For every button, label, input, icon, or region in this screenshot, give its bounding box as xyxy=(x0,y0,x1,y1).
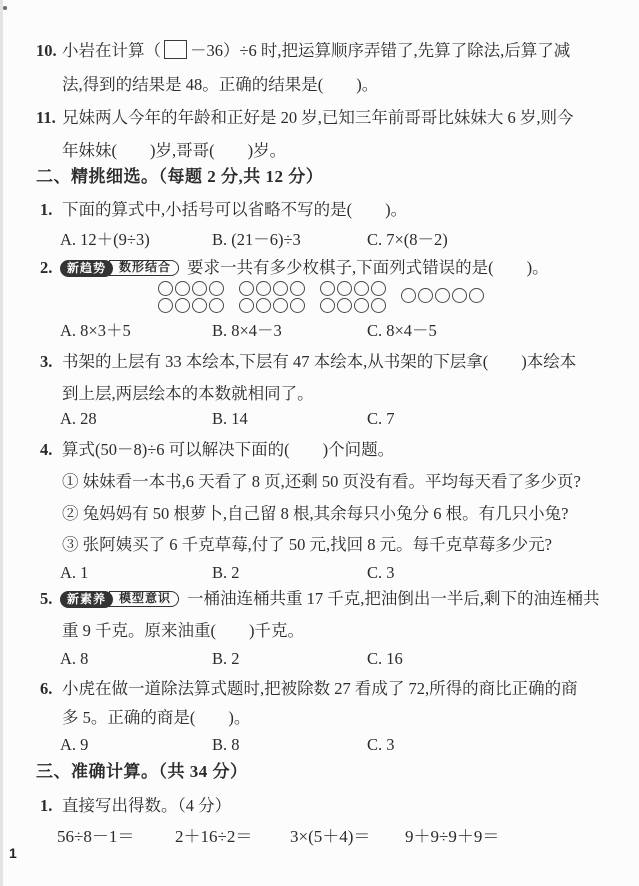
s2-q3-line2: 到上层,两层绘本的本数就相同了。 xyxy=(62,383,314,405)
counter-group xyxy=(320,281,386,313)
s2-q6-option-b: B. 8 xyxy=(212,734,367,756)
s2-q5-line2: 重 9 千克。原来油重( )千克。 xyxy=(62,620,304,642)
counter-circle xyxy=(256,298,271,313)
counter-circle xyxy=(354,298,369,313)
s2-q3-line1: 书架的上层有 33 本绘本,下层有 47 本绘本,从书架的下层拿( )本绘本 xyxy=(62,351,576,373)
expression-1: 56÷8－1＝ xyxy=(57,826,175,848)
counter-circle xyxy=(192,281,207,296)
s2-q4-option-a: A. 1 xyxy=(60,562,212,584)
scan-edge-artifact xyxy=(0,0,3,886)
counter-circle xyxy=(435,288,450,303)
q10-line2: 法,得到的结果是 48。正确的结果是( )。 xyxy=(62,74,378,96)
s2-q5-text: 一桶油连桶共重 17 千克,把油倒出一半后,剩下的油连桶共 xyxy=(187,588,600,610)
s2-q4-option-b: B. 2 xyxy=(212,562,367,584)
badge-new-trend: 新趋势 xyxy=(60,260,113,277)
counter-circle xyxy=(320,298,335,313)
s2-q3-option-b: B. 14 xyxy=(212,408,367,430)
s2-q3-options: A. 28 B. 14 C. 7 xyxy=(60,408,395,430)
q10-line1-pre: 小岩在计算（ xyxy=(62,41,161,60)
s2-q6-line1: 小虎在做一道除法算式题时,把被除数 27 看成了 72,所得的商比正确的商 xyxy=(62,678,578,700)
s2-q1-text: 下面的算式中,小括号可以省略不写的是( )。 xyxy=(62,199,407,221)
counter-circle xyxy=(290,281,305,296)
s2-q6-option-a: A. 9 xyxy=(60,734,212,756)
counter-circle xyxy=(469,288,484,303)
counter-circle xyxy=(192,298,207,313)
s2-q5-line1: 新素养模型意识一桶油连桶共重 17 千克,把油倒出一半后,剩下的油连桶共 xyxy=(60,588,600,610)
page-number: 1 xyxy=(9,845,17,861)
expression-4: 9＋9÷9＋9＝ xyxy=(405,826,499,848)
s2-q6-line2: 多 5。正确的商是( )。 xyxy=(62,707,250,729)
s2-q2-options: A. 8×3＋5 B. 8×4－3 C. 8×4－5 xyxy=(60,320,437,342)
s2-q2-option-c: C. 8×4－5 xyxy=(367,320,437,342)
counter-circle xyxy=(175,298,190,313)
counter-group xyxy=(239,281,305,313)
s2-q3-number: 3. xyxy=(40,351,52,373)
unknown-number-box xyxy=(164,40,187,59)
counter-circle xyxy=(256,281,271,296)
counter-circle xyxy=(209,281,224,296)
counter-circle xyxy=(239,281,254,296)
s2-q6-number: 6. xyxy=(40,678,52,700)
badge-number-shape-combination: 数形结合 xyxy=(109,260,179,276)
s2-q5-option-b: B. 2 xyxy=(212,648,367,670)
counter-circle xyxy=(158,281,173,296)
s3-q1-text: 直接写出得数。（4 分） xyxy=(62,795,231,817)
s2-q5-option-a: A. 8 xyxy=(60,648,212,670)
s2-q1-number: 1. xyxy=(40,199,52,221)
q11-line1: 兄妹两人今年的年龄和正好是 20 岁,已知三年前哥哥比妹妹大 6 岁,则今 xyxy=(62,107,574,129)
s2-q6-options: A. 9 B. 8 C. 3 xyxy=(60,734,395,756)
section3-title: 三、准确计算。（共 34 分） xyxy=(36,761,248,783)
counter-circle xyxy=(273,281,288,296)
counter-circle xyxy=(401,288,416,303)
s3-q1-number: 1. xyxy=(40,795,52,817)
s2-q4-subitem-3: ③ 张阿姨买了 6 千克草莓,付了 50 元,找回 8 元。每千克草莓多少元? xyxy=(62,534,552,556)
s2-q2-number: 2. xyxy=(40,257,52,279)
expression-3: 3×(5＋4)＝ xyxy=(290,826,405,848)
s2-q1-option-c: C. 7×(8－2) xyxy=(367,229,448,251)
counter-group xyxy=(401,288,484,313)
counter-circle xyxy=(175,281,190,296)
counter-group xyxy=(158,281,224,313)
counter-circle xyxy=(452,288,467,303)
counter-circle xyxy=(273,298,288,313)
s2-q4-subitem-2: ② 兔妈妈有 50 根萝卜,自己留 8 根,其余每只小兔分 6 根。有几只小兔? xyxy=(62,503,568,525)
s2-q1-option-b: B. (21－6)÷3 xyxy=(212,229,367,251)
s2-q4-line1: 算式(50－8)÷6 可以解决下面的( )个问题。 xyxy=(62,439,394,461)
q10-line1: 小岩在计算（－36）÷6 时,把运算顺序弄错了,先算了除法,后算了减 xyxy=(62,40,570,62)
s2-q3-option-c: C. 7 xyxy=(367,408,395,430)
q10-line1-post: －36）÷6 时,把运算顺序弄错了,先算了除法,后算了减 xyxy=(190,41,570,60)
counter-circle xyxy=(371,281,386,296)
counter-circle xyxy=(371,298,386,313)
scan-speck xyxy=(3,6,7,10)
s2-q2-option-a: A. 8×3＋5 xyxy=(60,320,212,342)
counter-circle xyxy=(290,298,305,313)
s2-q4-number: 4. xyxy=(40,439,52,461)
s2-q5-number: 5. xyxy=(40,588,52,610)
badge-new-literacy: 新素养 xyxy=(60,591,113,608)
counter-circle xyxy=(354,281,369,296)
s2-q2-text: 要求一共有多少枚棋子,下面列式错误的是( )。 xyxy=(187,257,549,279)
counters-figure xyxy=(158,281,484,313)
s2-q2-line: 新趋势数形结合要求一共有多少枚棋子,下面列式错误的是( )。 xyxy=(60,257,549,279)
s2-q4-subitem-1: ① 妹妹看一本书,6 天看了 8 页,还剩 50 页没有看。平均每天看了多少页? xyxy=(62,471,581,493)
s2-q5-option-c: C. 16 xyxy=(367,648,403,670)
s2-q4-option-c: C. 3 xyxy=(367,562,395,584)
s2-q3-option-a: A. 28 xyxy=(60,408,212,430)
q11-number: 11. xyxy=(36,107,56,129)
counter-circle xyxy=(320,281,335,296)
s2-q6-option-c: C. 3 xyxy=(367,734,395,756)
q11-line2: 年妹妹( )岁,哥哥( )岁。 xyxy=(62,140,286,162)
worksheet-page: 10. 小岩在计算（－36）÷6 时,把运算顺序弄错了,先算了除法,后算了减 法… xyxy=(0,0,639,886)
counter-circle xyxy=(239,298,254,313)
q10-number: 10. xyxy=(36,40,57,62)
s3-q1-expressions: 56÷8－1＝ 2＋16÷2＝ 3×(5＋4)＝ 9＋9÷9＋9＝ xyxy=(57,826,499,848)
counter-circle xyxy=(209,298,224,313)
counter-circle xyxy=(337,298,352,313)
counter-circle xyxy=(337,281,352,296)
s2-q1-option-a: A. 12＋(9÷3) xyxy=(60,229,212,251)
section2-title: 二、精挑细选。（每题 2 分,共 12 分） xyxy=(36,166,323,188)
badge-model-awareness: 模型意识 xyxy=(109,591,179,607)
s2-q2-option-b: B. 8×4－3 xyxy=(212,320,367,342)
s2-q4-options: A. 1 B. 2 C. 3 xyxy=(60,562,395,584)
counter-circle xyxy=(158,298,173,313)
counter-circle xyxy=(418,288,433,303)
s2-q5-options: A. 8 B. 2 C. 16 xyxy=(60,648,403,670)
expression-2: 2＋16÷2＝ xyxy=(175,826,290,848)
s2-q1-options: A. 12＋(9÷3) B. (21－6)÷3 C. 7×(8－2) xyxy=(60,229,448,251)
